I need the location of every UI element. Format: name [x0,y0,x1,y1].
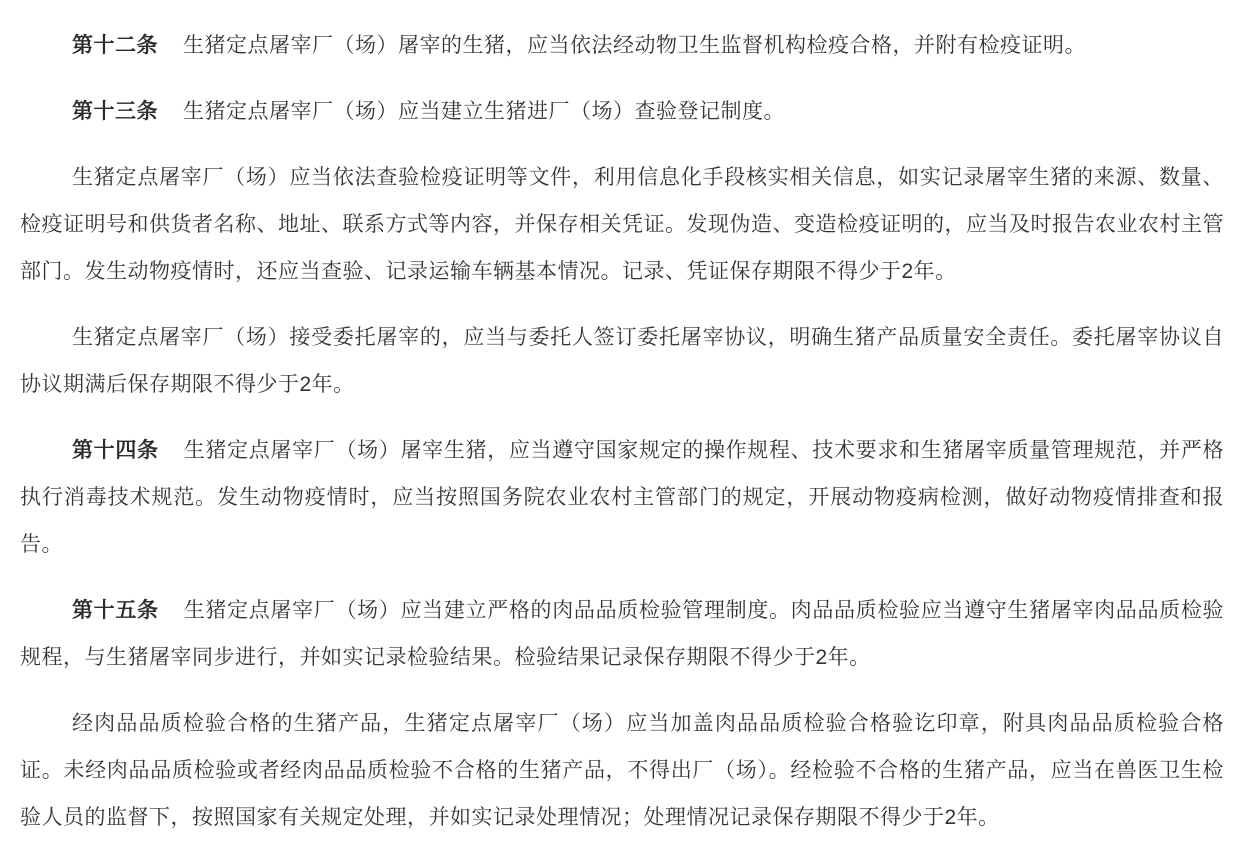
article-14-text: 生猪定点屠宰厂（场）屠宰生猪，应当遵守国家规定的操作规程、技术要求和生猪屠宰质量… [20,439,1224,556]
article-13-paragraph: 第十三条生猪定点屠宰厂（场）应当建立生猪进厂（场）查验登记制度。 [20,88,1224,135]
article-12-label: 第十二条 [72,34,158,57]
article-15-text: 生猪定点屠宰厂（场）应当建立严格的肉品品质检验管理制度。肉品品质检验应当遵守生猪… [20,599,1224,669]
article-14-label: 第十四条 [72,439,159,462]
article-13-clause-3-paragraph: 生猪定点屠宰厂（场）接受委托屠宰的，应当与委托人签订委托屠宰协议，明确生猪产品质… [20,314,1224,408]
article-12-paragraph: 第十二条生猪定点屠宰厂（场）屠宰的生猪，应当依法经动物卫生监督机构检疫合格，并附… [20,22,1224,69]
article-12-text: 生猪定点屠宰厂（场）屠宰的生猪，应当依法经动物卫生监督机构检疫合格，并附有检疫证… [183,34,1086,57]
article-15-clause-2-text: 经肉品品质检验合格的生猪产品，生猪定点屠宰厂（场）应当加盖肉品品质检验合格验讫印… [20,712,1224,829]
document-page: 第十二条生猪定点屠宰厂（场）屠宰的生猪，应当依法经动物卫生监督机构检疫合格，并附… [0,0,1244,851]
article-13-clause-3-text: 生猪定点屠宰厂（场）接受委托屠宰的，应当与委托人签订委托屠宰协议，明确生猪产品质… [20,326,1224,396]
article-15-label: 第十五条 [72,599,159,622]
article-13-text: 生猪定点屠宰厂（场）应当建立生猪进厂（场）查验登记制度。 [183,100,785,123]
article-13-clause-2-text: 生猪定点屠宰厂（场）应当依法查验检疫证明等文件，利用信息化手段核实相关信息，如实… [20,166,1224,283]
article-14-paragraph: 第十四条生猪定点屠宰厂（场）屠宰生猪，应当遵守国家规定的操作规程、技术要求和生猪… [20,427,1224,568]
article-15-clause-2-paragraph: 经肉品品质检验合格的生猪产品，生猪定点屠宰厂（场）应当加盖肉品品质检验合格验讫印… [20,700,1224,841]
article-13-clause-2-paragraph: 生猪定点屠宰厂（场）应当依法查验检疫证明等文件，利用信息化手段核实相关信息，如实… [20,154,1224,295]
article-15-paragraph: 第十五条生猪定点屠宰厂（场）应当建立严格的肉品品质检验管理制度。肉品品质检验应当… [20,587,1224,681]
article-13-label: 第十三条 [72,100,158,123]
